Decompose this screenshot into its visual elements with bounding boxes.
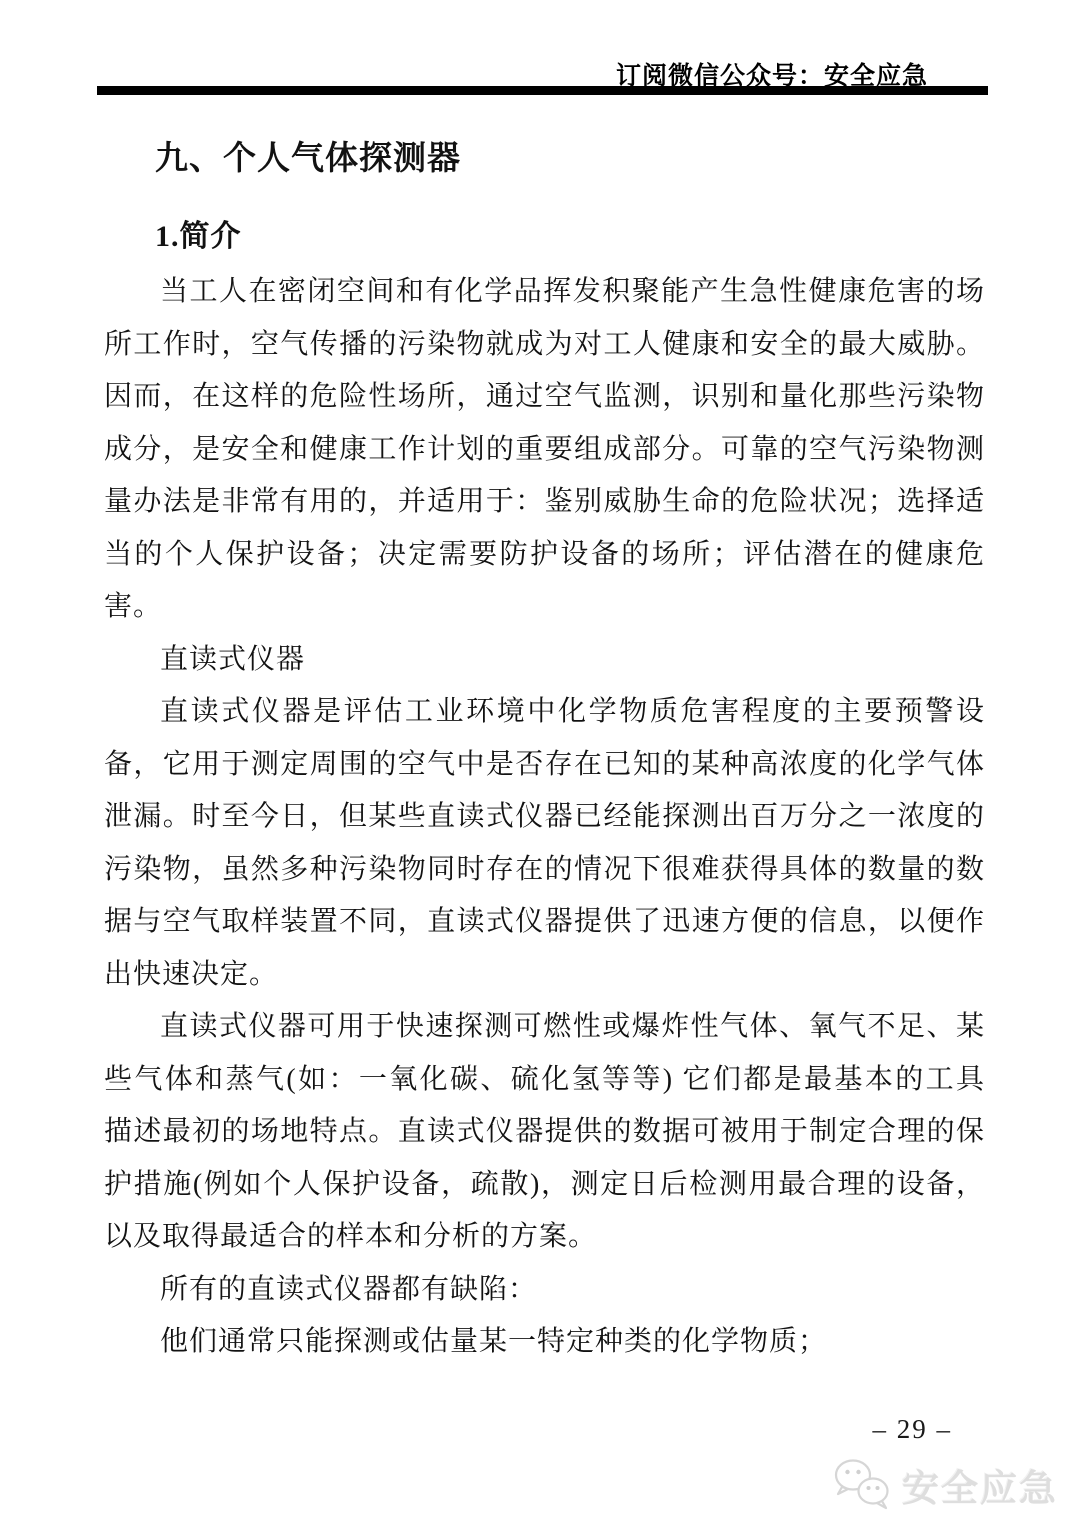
text-line: 护措施(例如个人保护设备，疏散)，测定日后检测用最合理的设备， xyxy=(104,1159,985,1212)
text-line: 描述最初的场地特点。直读式仪器提供的数据可被用于制定合理的保 xyxy=(104,1106,985,1159)
text-line: 他们通常只能探测或估量某一特定种类的化学物质； xyxy=(104,1316,985,1369)
text-line: 些气体和蒸气(如：一氧化碳、硫化氢等等) 它们都是最基本的工具 xyxy=(104,1054,985,1107)
text-line: 所工作时，空气传播的污染物就成为对工人健康和安全的最大威胁。 xyxy=(104,319,985,372)
text-line: 当工人在密闭空间和有化学品挥发积聚能产生急性健康危害的场 xyxy=(104,266,985,319)
text-line: 备，它用于测定周围的空气中是否存在已知的某种高浓度的化学气体 xyxy=(104,739,985,792)
text-line: 成分，是安全和健康工作计划的重要组成部分。可靠的空气污染物测 xyxy=(104,424,985,477)
header-double-rule xyxy=(97,86,988,95)
text-line: 害。 xyxy=(104,581,985,634)
watermark-label: 安全应急 xyxy=(902,1458,1058,1512)
text-line: 直读式仪器是评估工业环境中化学物质危害程度的主要预警设 xyxy=(104,686,985,739)
text-line: 泄漏。时至今日，但某些直读式仪器已经能探测出百万分之一浓度的 xyxy=(104,791,985,844)
text-line: 污染物，虽然多种污染物同时存在的情况下很难获得具体的数量的数 xyxy=(104,844,985,897)
document-page: 订阅微信公众号：安全应急 九、个人气体探测器 1.简介 当工人在密闭空间和有化学… xyxy=(0,0,1080,1527)
text-line: 据与空气取样装置不同，直读式仪器提供了迅速方便的信息，以便作 xyxy=(104,896,985,949)
text-line: 因而，在这样的危险性场所，通过空气监测，识别和量化那些污染物 xyxy=(104,371,985,424)
watermark: 安全应急 xyxy=(830,1458,1058,1512)
text-line: 当的个人保护设备；决定需要防护设备的场所；评估潜在的健康危 xyxy=(104,529,985,582)
chapter-title: 九、个人气体探测器 xyxy=(155,132,461,179)
text-line: 直读式仪器可用于快速探测可燃性或爆炸性气体、氧气不足、某 xyxy=(104,1001,985,1054)
text-line: 直读式仪器 xyxy=(104,634,985,687)
section-title: 1.简介 xyxy=(155,211,242,255)
text-line: 以及取得最适合的样本和分析的方案。 xyxy=(104,1211,985,1264)
text-line: 出快速决定。 xyxy=(104,949,985,1002)
text-line: 所有的直读式仪器都有缺陷： xyxy=(104,1264,985,1317)
wechat-icon xyxy=(830,1458,894,1512)
body-paragraphs: 当工人在密闭空间和有化学品挥发积聚能产生急性健康危害的场所工作时，空气传播的污染… xyxy=(104,266,985,1369)
text-line: 量办法是非常有用的，并适用于：鉴别威胁生命的危险状况；选择适 xyxy=(104,476,985,529)
page-number: – 29 – xyxy=(873,1414,953,1445)
